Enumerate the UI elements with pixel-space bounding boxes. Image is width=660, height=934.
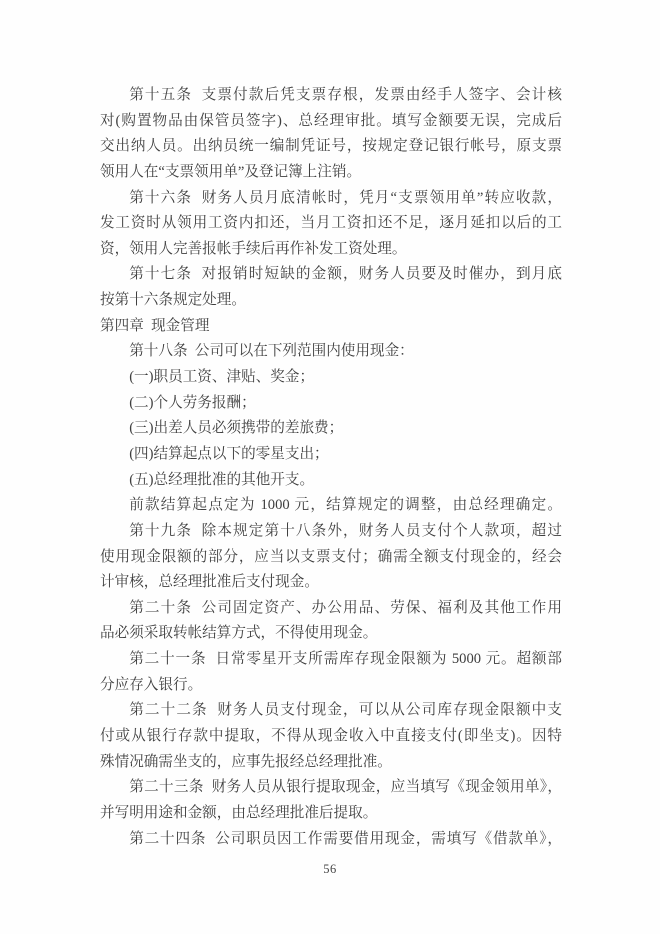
text-line: 付或从银行存款中提取，不得从现金收入中直接支付(即坐支)。因特: [100, 724, 562, 750]
text-line: 前款结算起点定为 1000 元，结算规定的调整，由总经理确定。: [100, 493, 562, 519]
text-line: 第十八条 公司可以在下列范围内使用现金：: [100, 339, 562, 365]
text-line: 按第十六条规定处理。: [100, 288, 562, 314]
text-line: 使用现金限额的部分，应当以支票支付；确需全额支付现金的，经会: [100, 545, 562, 571]
text-line: 第二十条 公司固定资产、办公用品、劳保、福利及其他工作用: [100, 596, 562, 622]
text-line: (四)结算起点以下的零星支出；: [100, 442, 562, 468]
text-line: 对(购置物品由保管员签字)、总经理审批。填写金额要无误，完成后: [100, 109, 562, 135]
text-line: 品必须采取转帐结算方式，不得使用现金。: [100, 621, 562, 647]
page-number: 56: [0, 862, 660, 877]
text-line: 第二十三条 财务人员从银行提取现金，应当填写《现金领用单》，: [100, 775, 562, 801]
text-line: 第二十二条 财务人员支付现金，可以从公司库存现金限额中支: [100, 698, 562, 724]
text-line: 计审核，总经理批准后支付现金。: [100, 570, 562, 596]
text-line: 资，领用人完善报帐手续后再作补发工资处理。: [100, 237, 562, 263]
text-line: (一)职员工资、津贴、奖金；: [100, 365, 562, 391]
text-line: 第二十一条 日常零星开支所需库存现金限额为 5000 元。超额部: [100, 647, 562, 673]
text-line: 第二十四条 公司职员因工作需要借用现金，需填写《借款单》，: [100, 827, 562, 853]
document-scan: { "page": { "background": "#fefefe", "te…: [0, 0, 660, 934]
text-line: 殊情况确需坐支的，应事先报经总经理批准。: [100, 750, 562, 776]
text-line: 并写明用途和金额，由总经理批准后提取。: [100, 801, 562, 827]
text-line: 领用人在“支票领用单”及登记簿上注销。: [100, 160, 562, 186]
document-body: 第十五条 支票付款后凭支票存根，发票由经手人签字、会计核对(购置物品由保管员签字…: [100, 83, 562, 852]
text-line: 第十五条 支票付款后凭支票存根，发票由经手人签字、会计核: [100, 83, 562, 109]
text-line: (三)出差人员必须携带的差旅费；: [100, 416, 562, 442]
text-line: 分应存入银行。: [100, 673, 562, 699]
text-line: 发工资时从领用工资内扣还，当月工资扣还不足，逐月延扣以后的工: [100, 211, 562, 237]
text-line: 第十九条 除本规定第十八条外，财务人员支付个人款项，超过: [100, 519, 562, 545]
text-line: 交出纳人员。出纳员统一编制凭证号，按规定登记银行帐号，原支票: [100, 134, 562, 160]
document-page: 第十五条 支票付款后凭支票存根，发票由经手人签字、会计核对(购置物品由保管员签字…: [0, 0, 660, 934]
text-line: 第十七条 对报销时短缺的金额，财务人员要及时催办，到月底: [100, 262, 562, 288]
text-line: 第十六条 财务人员月底清帐时，凭月“支票领用单”转应收款，: [100, 186, 562, 212]
chapter-heading: 第四章 现金管理: [100, 314, 562, 340]
text-line: (二)个人劳务报酬；: [100, 391, 562, 417]
text-line: (五)总经理批准的其他开支。: [100, 468, 562, 494]
